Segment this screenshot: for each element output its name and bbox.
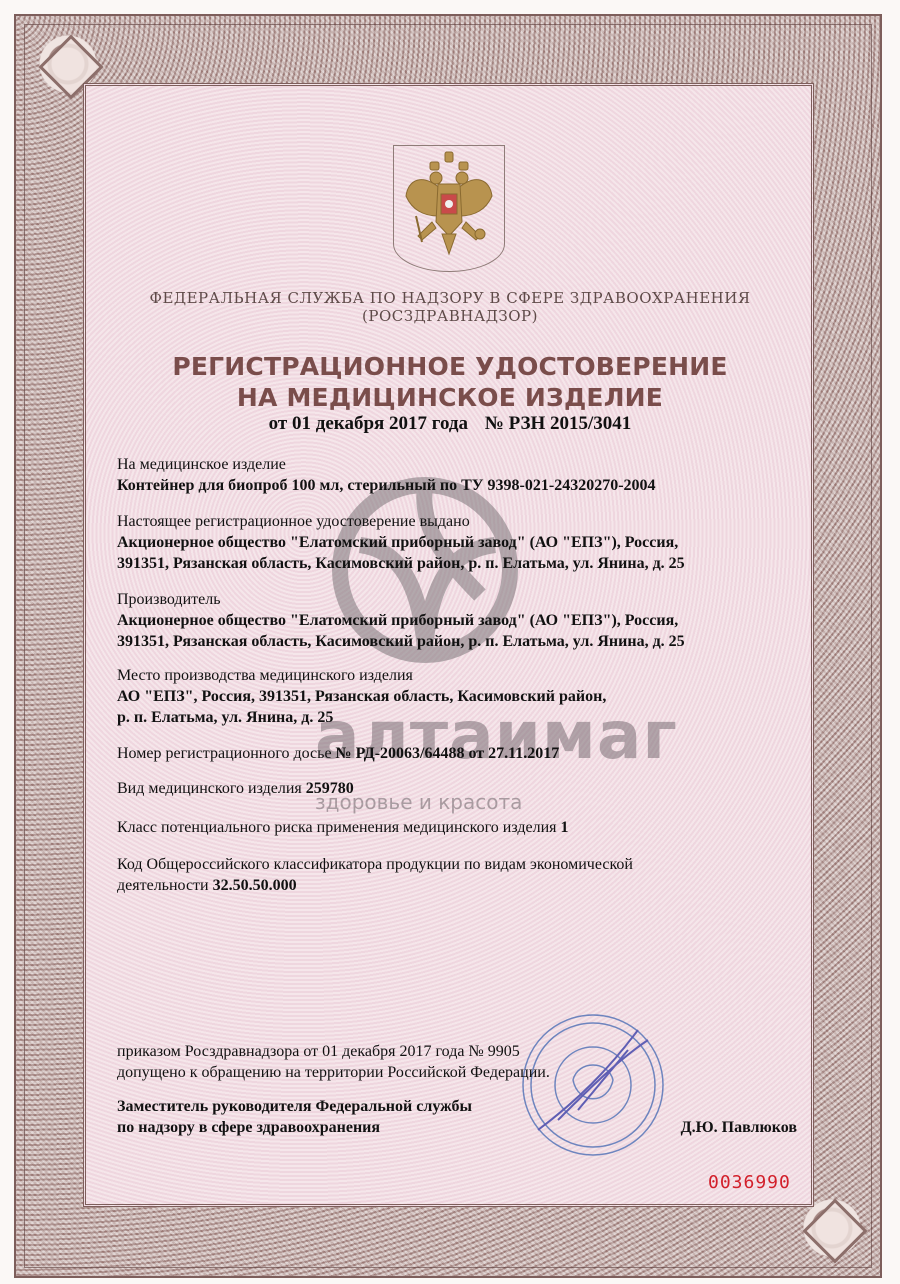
order-section: приказом Росздравнадзора от 01 декабря 2… (117, 1041, 807, 1083)
manufacturer-line2: 391351, Рязанская область, Касимовский р… (117, 631, 807, 652)
device-value: Контейнер для биопроб 100 мл, стерильный… (117, 475, 807, 496)
risk-class-value: 1 (561, 819, 569, 836)
certificate-number: № РЗН 2015/3041 (485, 413, 632, 434)
manufacturer-line1: Акционерное общество "Елатомский приборн… (117, 610, 807, 631)
dossier-section: Номер регистрационного досье № РД-20063/… (117, 743, 807, 764)
document-title: РЕГИСТРАЦИОННОЕ УДОСТОВЕРЕНИЕ (0, 352, 900, 382)
dossier-label: Номер регистрационного досье (117, 745, 332, 762)
signer-title-line1: Заместитель руководителя Федеральной слу… (117, 1096, 797, 1117)
issued-label: Настоящее регистрационное удостоверение … (117, 511, 807, 532)
coat-of-arms-shield (393, 145, 505, 272)
manufacturer-section: Производитель Акционерное общество "Елат… (117, 589, 807, 652)
production-site-line1: АО "ЕПЗ", Россия, 391351, Рязанская обла… (117, 686, 807, 707)
signer-name: Д.Ю. Павлюков (681, 1117, 797, 1138)
order-line1: приказом Росздравнадзора от 01 декабря 2… (117, 1041, 807, 1062)
okved-value: 32.50.50.000 (213, 877, 297, 894)
certificate-date: от 01 декабря 2017 года (269, 413, 468, 434)
serial-number: 0036990 (708, 1172, 791, 1193)
signer-title-line2: по надзору в сфере здравоохранения (117, 1117, 380, 1138)
risk-class-label: Класс потенциального риска применения ме… (117, 819, 557, 836)
okved-section: Код Общероссийского классификатора проду… (117, 854, 807, 896)
device-type-value: 259780 (306, 780, 354, 797)
device-section: На медицинское изделие Контейнер для био… (117, 454, 807, 496)
production-site-line2: р. п. Елатьма, ул. Янина, д. 25 (117, 707, 807, 728)
document-subtitle: НА МЕДИЦИНСКОЕ ИЗДЕЛИЕ (0, 383, 900, 413)
risk-class-section: Класс потенциального риска применения ме… (117, 817, 807, 838)
issued-line1: Акционерное общество "Елатомский приборн… (117, 532, 807, 553)
signature-section: Заместитель руководителя Федеральной слу… (117, 1096, 797, 1138)
manufacturer-label: Производитель (117, 589, 807, 610)
production-site-section: Место производства медицинского изделия … (117, 665, 807, 728)
okved-label-line2: деятельности (117, 877, 209, 894)
agency-abbreviation: (РОСЗДРАВНАДЗОР) (0, 307, 900, 325)
issued-line2: 391351, Рязанская область, Касимовский р… (117, 553, 807, 574)
okved-label-line1: Код Общероссийского классификатора проду… (117, 854, 807, 875)
dossier-value: № РД-20063/64488 от 27.11.2017 (336, 745, 560, 762)
device-label: На медицинское изделие (117, 454, 807, 475)
device-type-section: Вид медицинского изделия 259780 (117, 778, 807, 799)
order-line2: допущено к обращению на территории Росси… (117, 1062, 807, 1083)
issued-section: Настоящее регистрационное удостоверение … (117, 511, 807, 574)
device-type-label: Вид медицинского изделия (117, 780, 302, 797)
double-headed-eagle-icon (402, 150, 496, 260)
production-site-label: Место производства медицинского изделия (117, 665, 807, 686)
agency-name: ФЕДЕРАЛЬНАЯ СЛУЖБА ПО НАДЗОРУ В СФЕРЕ ЗД… (0, 289, 900, 307)
certificate-date-number: от 01 декабря 2017 года № РЗН 2015/3041 (0, 413, 900, 435)
